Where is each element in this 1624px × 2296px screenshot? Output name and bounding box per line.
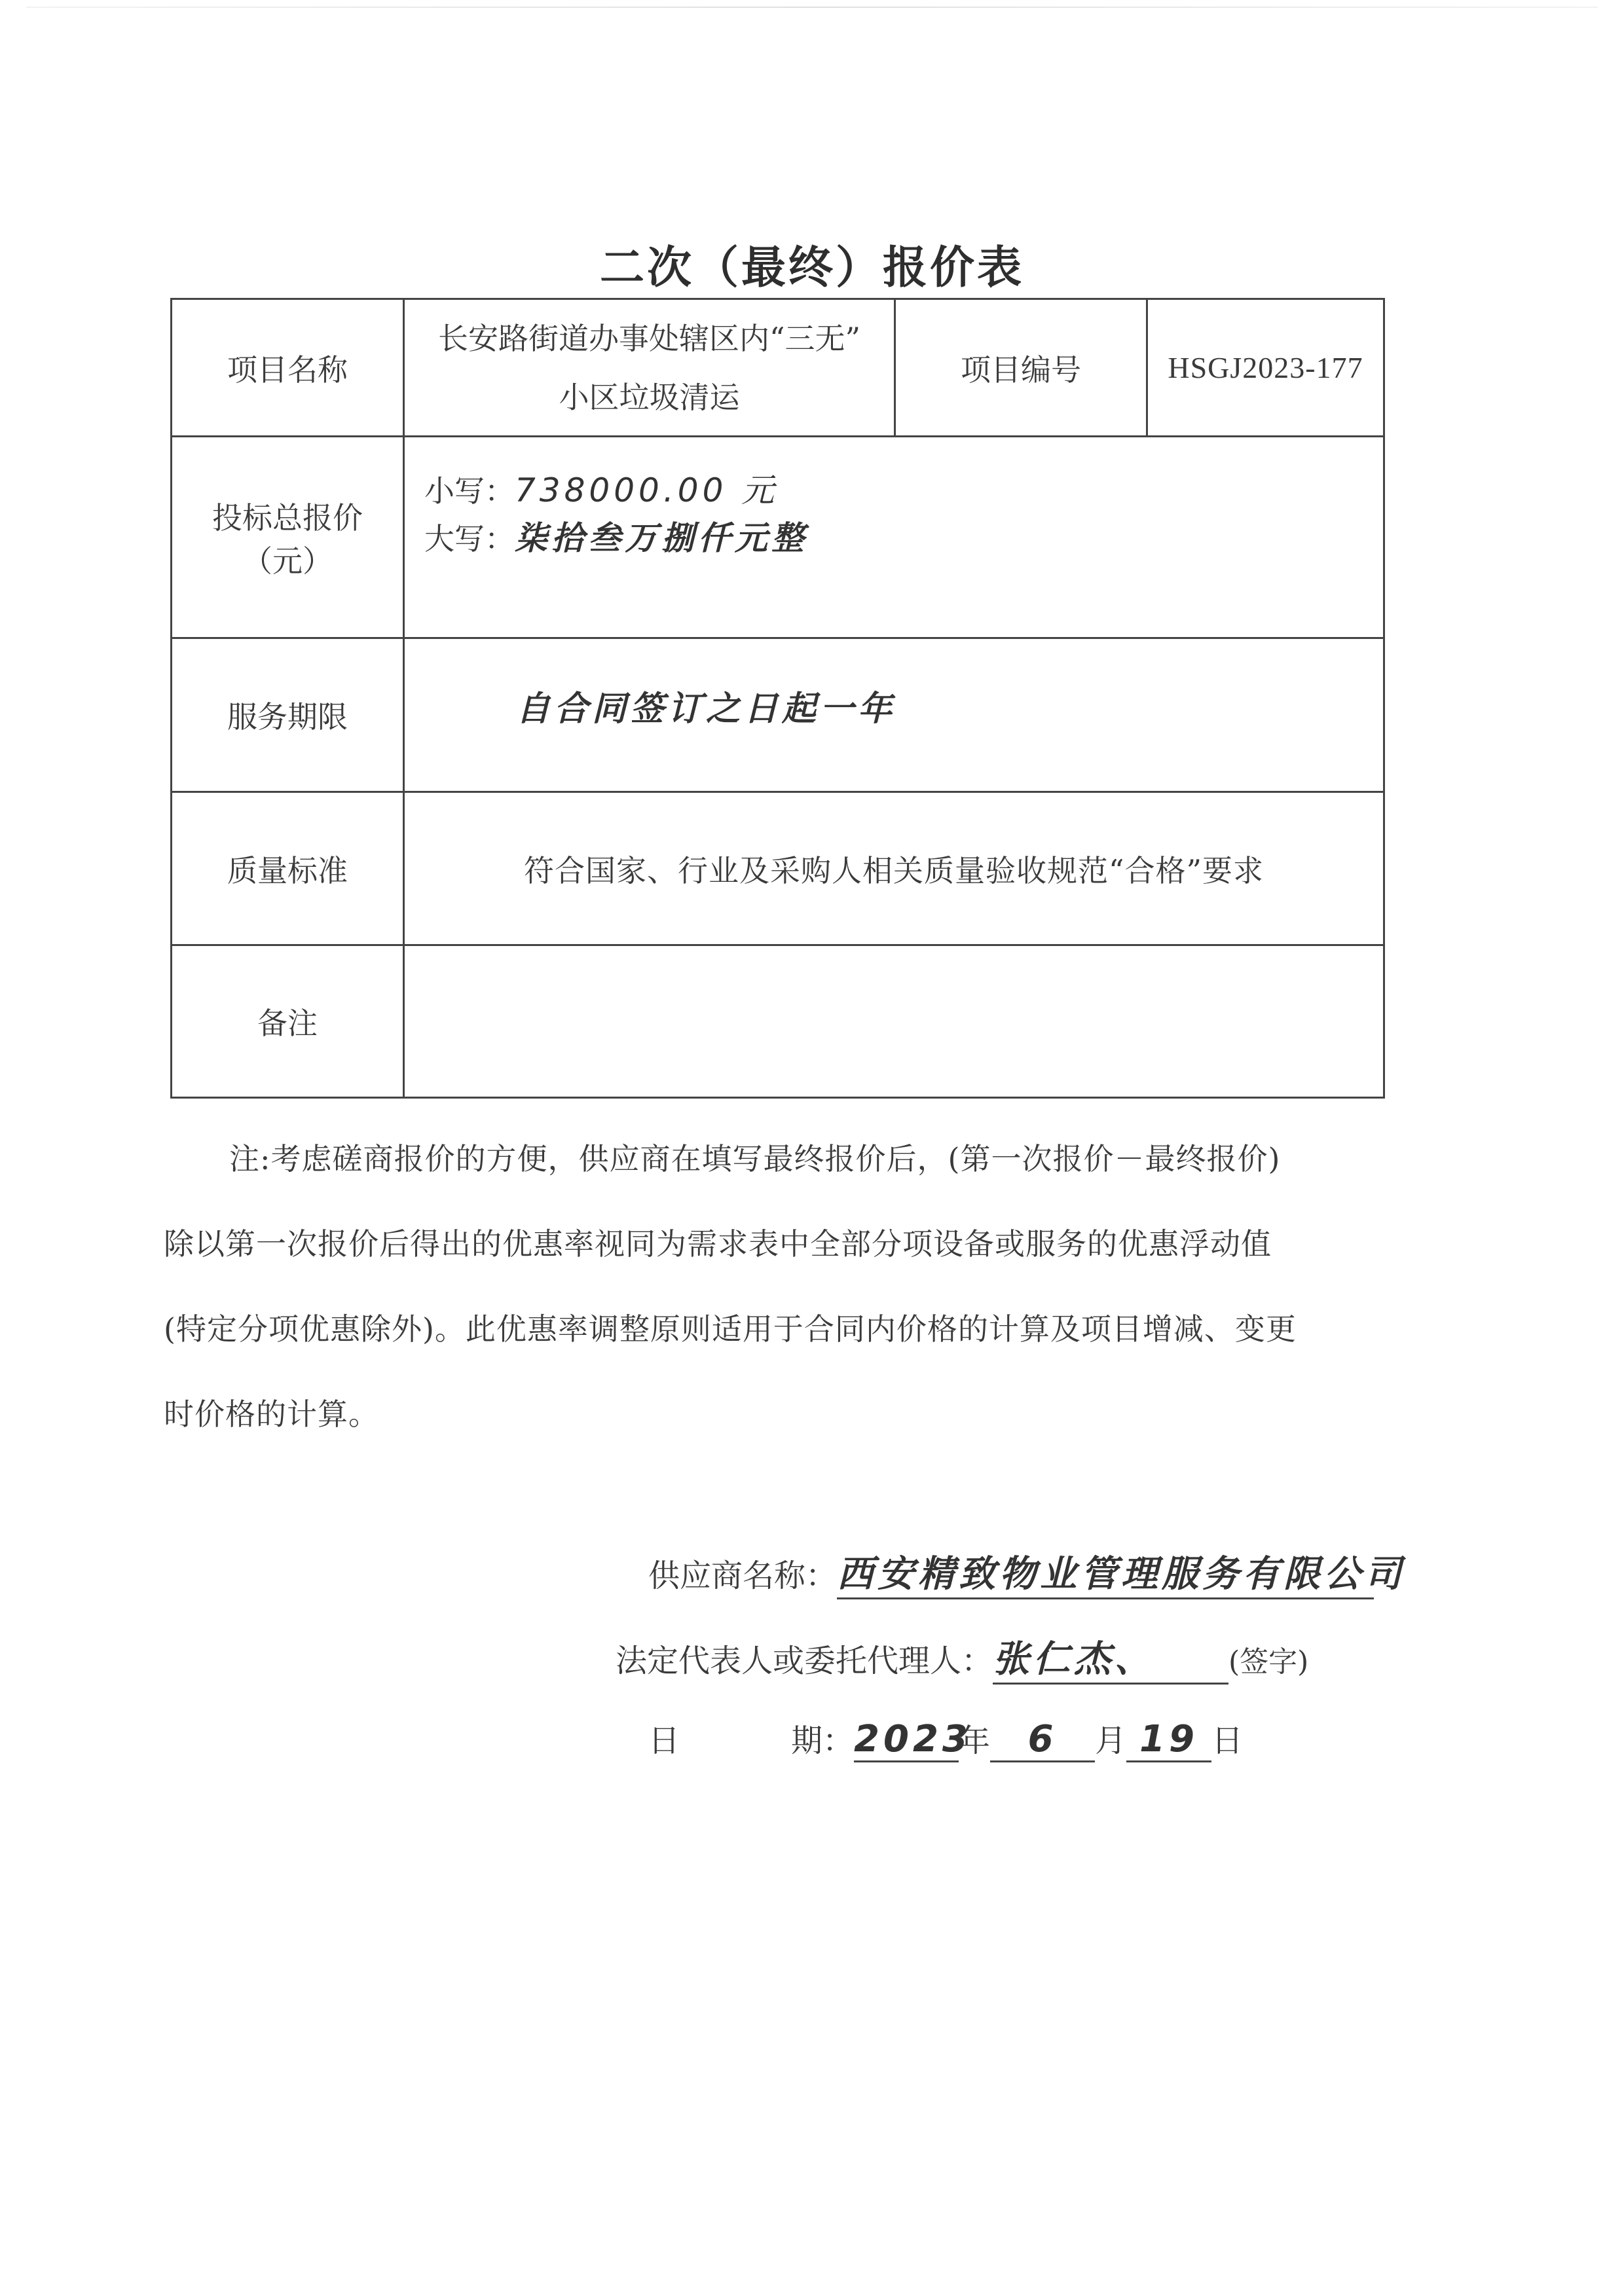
project-name-line2: 小区垃圾清运 (405, 368, 894, 427)
price-small-label: 小写： (424, 473, 515, 509)
service-period-value: 自合同签订之日起一年 (516, 689, 896, 729)
price-small-value: 738000.00 元 (515, 471, 778, 509)
page-title: 二次（最终）报价表 (0, 232, 1624, 296)
year-unit: 年 (959, 1722, 990, 1759)
total-price-value: 小写：738000.00 元 大写：柒拾叁万捌仟元整 (404, 437, 1384, 638)
total-price-label-line2: （元） (172, 538, 403, 581)
table-row-total-price: 投标总报价 （元） 小写：738000.00 元 大写：柒拾叁万捌仟元整 (172, 437, 1384, 638)
day-unit: 日 (1211, 1722, 1243, 1759)
project-code-value: HSGJ2023-177 (1147, 299, 1384, 437)
note-line-1: 注:考虑磋商报价的方便，供应商在填写最终报价后，(第一次报价－最终报价) (164, 1116, 1395, 1201)
project-name-label: 项目名称 (172, 299, 404, 437)
table-row-quality: 质量标准 符合国家、行业及采购人相关质量验收规范“合格”要求 (172, 792, 1384, 945)
date-year-field: 2023 (854, 1718, 959, 1762)
signature-hint: (签字) (1228, 1645, 1308, 1679)
table-row-project: 项目名称 长安路街道办事处辖区内“三无” 小区垃圾清运 项目编号 HSGJ202… (172, 299, 1384, 437)
date-line: 日期：2023年6月19日 (648, 1715, 1243, 1762)
date-label-qi: 期： (791, 1722, 854, 1759)
note-line-4: 时价格的计算。 (164, 1372, 1395, 1457)
table-row-service-period: 服务期限 自合同签订之日起一年 (172, 638, 1384, 792)
service-period-cell: 自合同签订之日起一年 (404, 638, 1384, 792)
price-capital-value: 柒拾叁万捌仟元整 (515, 519, 808, 557)
project-name-line1: 长安路街道办事处辖区内“三无” (405, 309, 894, 368)
scan-edge-artifact (26, 7, 1598, 8)
table-row-remarks: 备注 (172, 945, 1384, 1098)
total-price-label: 投标总报价 （元） (172, 437, 404, 638)
supplier-label: 供应商名称： (648, 1558, 837, 1594)
remarks-label: 备注 (172, 945, 404, 1098)
quality-label: 质量标准 (172, 792, 404, 945)
representative-signature-field: 张仁杰、 (993, 1630, 1228, 1685)
date-day-field: 19 (1126, 1718, 1211, 1762)
remarks-value (404, 945, 1384, 1098)
total-price-label-line1: 投标总报价 (172, 494, 403, 538)
quotation-table: 项目名称 长安路街道办事处辖区内“三无” 小区垃圾清运 项目编号 HSGJ202… (170, 298, 1385, 1099)
supplier-name-field: 西安精致物业管理服务有限公司 (837, 1545, 1374, 1599)
project-code-label: 项目编号 (895, 299, 1147, 437)
date-label-day: 日 (648, 1722, 680, 1759)
month-unit: 月 (1095, 1722, 1126, 1759)
date-month-field: 6 (990, 1718, 1095, 1762)
service-period-label: 服务期限 (172, 638, 404, 792)
note-line-3: (特定分项优惠除外)。此优惠率调整原则适用于合同内价格的计算及项目增减、变更 (164, 1286, 1395, 1372)
supplier-name-line: 供应商名称：西安精致物业管理服务有限公司 (648, 1545, 1374, 1599)
note-paragraph: 注:考虑磋商报价的方便，供应商在填写最终报价后，(第一次报价－最终报价) 除以第… (164, 1116, 1395, 1457)
price-capital-label: 大写： (424, 521, 515, 556)
representative-line: 法定代表人或委托代理人：张仁杰、(签字) (616, 1630, 1308, 1685)
representative-label: 法定代表人或委托代理人： (616, 1643, 993, 1679)
project-name-value: 长安路街道办事处辖区内“三无” 小区垃圾清运 (404, 299, 895, 437)
note-line-2: 除以第一次报价后得出的优惠率视同为需求表中全部分项设备或服务的优惠浮动值 (164, 1201, 1395, 1286)
quality-value: 符合国家、行业及采购人相关质量验收规范“合格”要求 (404, 792, 1384, 945)
